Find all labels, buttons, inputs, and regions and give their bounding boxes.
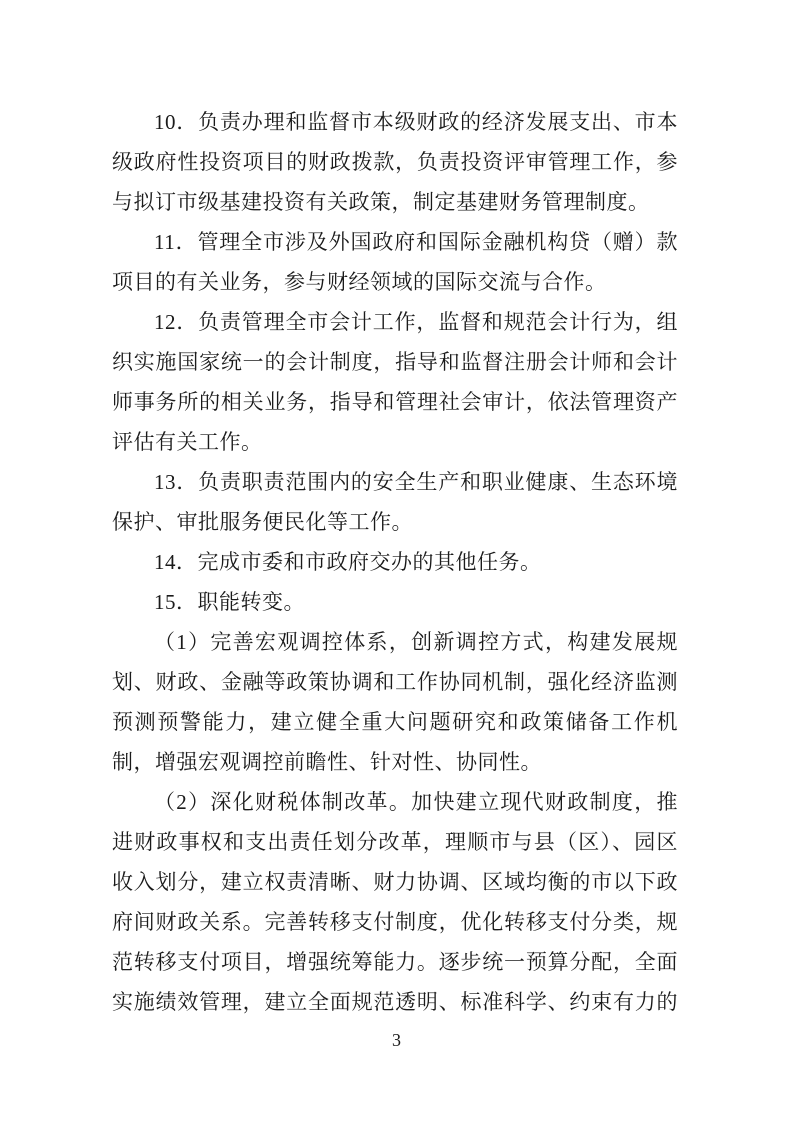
text-line: 实施绩效管理，建立全面规范透明、标准科学、约束有力的 [112, 982, 678, 1022]
text-line: 级政府性投资项目的财政拨款，负责投资评审管理工作，参 [112, 142, 678, 182]
text-line: 师事务所的相关业务，指导和管理社会审计，依法管理资产 [112, 382, 678, 422]
text-line: 制，增强宏观调控前瞻性、针对性、协同性。 [112, 742, 678, 782]
text-line: 12．负责管理全市会计工作，监督和规范会计行为，组 [112, 302, 678, 342]
text-line: 评估有关工作。 [112, 422, 678, 462]
document-body: 10．负责办理和监督市本级财政的经济发展支出、市本 级政府性投资项目的财政拨款，… [112, 102, 678, 1022]
text-line: 收入划分，建立权责清晰、财力协调、区域均衡的市以下政 [112, 862, 678, 902]
text-line: 14．完成市委和市政府交办的其他任务。 [112, 542, 678, 582]
text-line: 保护、审批服务便民化等工作。 [112, 502, 678, 542]
text-line: 织实施国家统一的会计制度，指导和监督注册会计师和会计 [112, 342, 678, 382]
text-line: （1）完善宏观调控体系，创新调控方式，构建发展规 [112, 622, 678, 662]
text-line: 划、财政、金融等政策协调和工作协同机制，强化经济监测 [112, 662, 678, 702]
text-line: 与拟订市级基建投资有关政策，制定基建财务管理制度。 [112, 182, 678, 222]
text-line: 10．负责办理和监督市本级财政的经济发展支出、市本 [112, 102, 678, 142]
page-number: 3 [0, 1020, 793, 1060]
text-line: 15．职能转变。 [112, 582, 678, 622]
text-line: 11．管理全市涉及外国政府和国际金融机构贷（赠）款 [112, 222, 678, 262]
text-line: 范转移支付项目，增强统筹能力。逐步统一预算分配，全面 [112, 942, 678, 982]
text-line: 进财政事权和支出责任划分改革，理顺市与县（区）、园区 [112, 822, 678, 862]
text-line: 项目的有关业务，参与财经领域的国际交流与合作。 [112, 262, 678, 302]
text-line: 府间财政关系。完善转移支付制度，优化转移支付分类，规 [112, 902, 678, 942]
text-line: （2）深化财税体制改革。加快建立现代财政制度，推 [112, 782, 678, 822]
text-line: 13．负责职责范围内的安全生产和职业健康、生态环境 [112, 462, 678, 502]
text-line: 预测预警能力，建立健全重大问题研究和政策储备工作机 [112, 702, 678, 742]
document-page: 10．负责办理和监督市本级财政的经济发展支出、市本 级政府性投资项目的财政拨款，… [0, 0, 793, 1122]
